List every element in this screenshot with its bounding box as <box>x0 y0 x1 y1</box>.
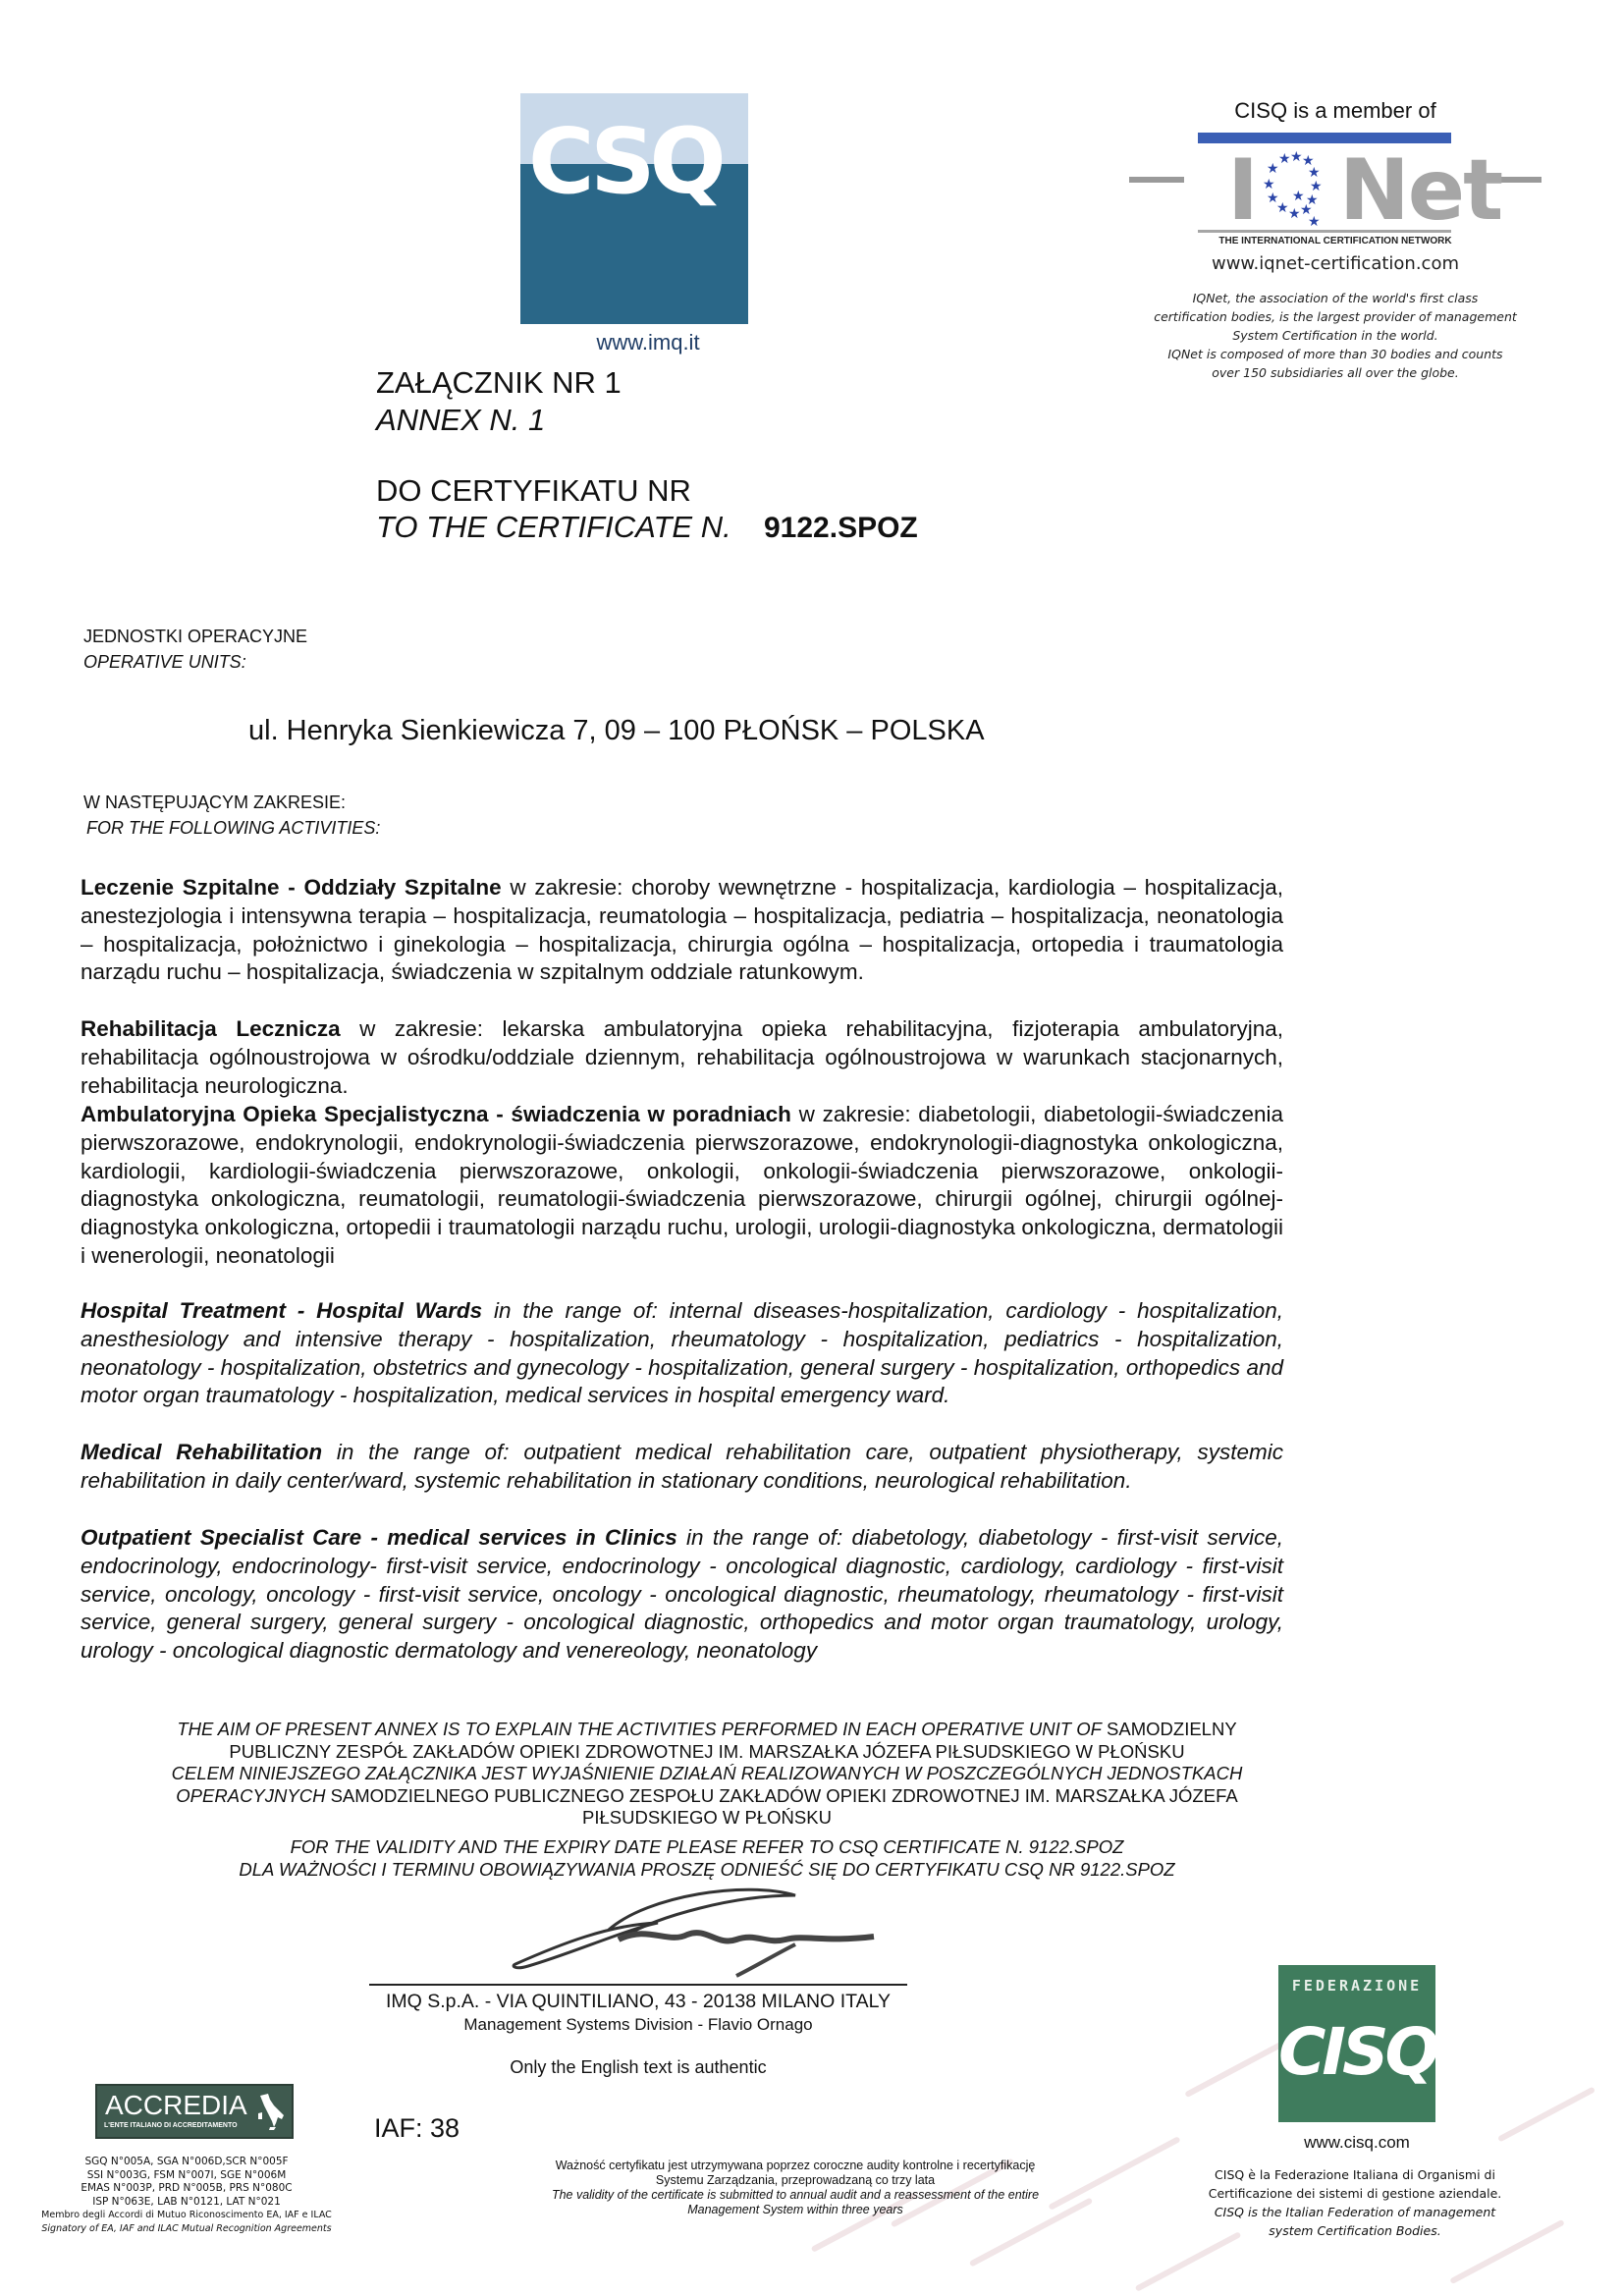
iqnet-url[interactable]: www.iqnet-certification.com <box>1129 253 1542 274</box>
cisq-desc-it: CISQ è la Federazione Italiana di Organi… <box>1178 2165 1532 2184</box>
activity-title: Rehabilitacja Lecznicza <box>81 1016 341 1041</box>
cisq-description: CISQ è la Federazione Italiana di Organi… <box>1178 2165 1532 2240</box>
validity-en: FOR THE VALIDITY AND THE EXPIRY DATE PLE… <box>128 1836 1286 1859</box>
annex-title-pl: ZAŁĄCZNIK NR 1 <box>376 365 622 401</box>
iqnet-logo: I Net ★★★ ★★ ★★ ★★★ ★★★★ <box>1129 147 1542 236</box>
accredia-code-line: EMAS N°003P, PRD N°005B, PRS N°080C <box>29 2182 344 2196</box>
iaf-code: IAF: 38 <box>374 2113 460 2144</box>
iqnet-description: IQNet, the association of the world's fi… <box>1119 289 1551 382</box>
accredia-code-line: ISP N°063E, LAB N°0121, LAT N°021 <box>29 2196 344 2210</box>
activity-paragraph-en: Hospital Treatment - Hospital Wards in t… <box>81 1297 1283 1410</box>
activity-paragraph-en: Outpatient Specialist Care - medical ser… <box>81 1524 1283 1666</box>
cisq-desc-en: system Certification Bodies. <box>1178 2221 1532 2240</box>
activity-title: Hospital Treatment - Hospital Wards <box>81 1298 482 1323</box>
accredia-code-line: SGQ N°005A, SGA N°006D,SCR N°005F <box>29 2156 344 2169</box>
aim-en-text: THE AIM OF PRESENT ANNEX IS TO EXPLAIN T… <box>177 1719 1102 1739</box>
footer-validity-en: Management System within three years <box>491 2203 1100 2217</box>
eu-stars-icon: ★★★ ★★ ★★ ★★★ ★★★★ <box>1257 149 1325 228</box>
activity-title: Outpatient Specialist Care - medical ser… <box>81 1525 677 1550</box>
annex-aim-note: THE AIM OF PRESENT ANNEX IS TO EXPLAIN T… <box>128 1719 1286 1830</box>
svg-text:★: ★ <box>1276 200 1289 216</box>
iqnet-desc-line: over 150 subsidiaries all over the globe… <box>1119 363 1551 382</box>
units-label-pl: JEDNOSTKI OPERACYJNE <box>83 625 307 648</box>
authentic-note: Only the English text is authentic <box>369 2057 907 2078</box>
footer-validity-en: The validity of the certificate is submi… <box>491 2188 1100 2203</box>
certificate-label-en: TO THE CERTIFICATE N. <box>376 510 731 545</box>
cisq-desc-it: Certificazione dei sistemi di gestione a… <box>1178 2184 1532 2203</box>
iqnet-desc-line: System Certification in the world. <box>1119 326 1551 345</box>
svg-text:★: ★ <box>1267 161 1279 177</box>
accredia-logo: ACCREDIA L'ENTE ITALIANO DI ACCREDITAMEN… <box>95 2084 294 2139</box>
footer-validity-pl: Ważność certyfikatu jest utrzymywana pop… <box>491 2159 1100 2173</box>
activities-label-pl: W NASTĘPUJĄCYM ZAKRESIE: <box>83 791 346 814</box>
activity-title: Ambulatoryjna Opieka Specjalistyczna - ś… <box>81 1102 791 1126</box>
iqnet-desc-line: certification bodies, is the largest pro… <box>1119 307 1551 326</box>
iqnet-underline <box>1198 230 1451 233</box>
accredia-signatory: Signatory of EA, IAF and ILAC Mutual Rec… <box>29 2222 344 2236</box>
iqnet-member-header: CISQ is a member of <box>1129 98 1542 124</box>
activity-paragraph-en: Medical Rehabilitation in the range of: … <box>81 1439 1283 1496</box>
italy-map-icon <box>256 2092 286 2131</box>
svg-text:★: ★ <box>1308 214 1321 228</box>
activity-text: w zakresie: diabetologii, diabetologii-ś… <box>81 1102 1283 1268</box>
signature-image <box>501 1886 913 1979</box>
validity-note: FOR THE VALIDITY AND THE EXPIRY DATE PLE… <box>128 1836 1286 1881</box>
signature-line <box>369 1984 907 1986</box>
activities-label-en: FOR THE FOLLOWING ACTIVITIES: <box>86 816 380 840</box>
csq-logo-text: CSQ <box>528 117 721 207</box>
cisq-logo-text: CISQ <box>1278 2014 1435 2090</box>
accredia-name: ACCREDIA <box>105 2090 247 2121</box>
certificate-number: 9122.SPOZ <box>764 512 918 545</box>
accredia-codes: SGQ N°005A, SGA N°006D,SCR N°005F SSI N°… <box>29 2156 344 2235</box>
accredia-code-line: Membro degli Accordi di Mutuo Riconoscim… <box>29 2209 344 2222</box>
unit-address: ul. Henryka Sienkiewicza 7, 09 – 100 PŁO… <box>248 715 985 747</box>
footer-validity-pl: Systemu Zarządzania, przeprowadzaną co t… <box>491 2173 1100 2188</box>
validity-pl: DLA WAŻNOŚCI I TERMINU OBOWIĄZYWANIA PRO… <box>128 1859 1286 1882</box>
csq-logo: CSQ <box>520 93 748 324</box>
activity-title: Medical Rehabilitation <box>81 1440 322 1464</box>
cisq-url[interactable]: www.cisq.com <box>1249 2133 1465 2153</box>
footer-validity-note: Ważność certyfikatu jest utrzymywana pop… <box>491 2159 1100 2217</box>
svg-text:★: ★ <box>1290 149 1303 165</box>
cisq-logo-top: FEDERAZIONE <box>1278 1977 1435 1995</box>
imq-address: IMQ S.p.A. - VIA QUINTILIANO, 43 - 20138… <box>369 1991 907 2013</box>
activity-paragraph-pl: Ambulatoryjna Opieka Specjalistyczna - ś… <box>81 1101 1283 1271</box>
accredia-subtitle: L'ENTE ITALIANO DI ACCREDITAMENTO <box>104 2122 238 2129</box>
svg-text:★: ★ <box>1278 151 1291 167</box>
csq-url[interactable]: www.imq.it <box>550 330 746 355</box>
imq-division: Management Systems Division - Flavio Orn… <box>369 2015 907 2035</box>
activity-paragraph-pl: Leczenie Szpitalne - Oddziały Szpitalne … <box>81 874 1283 987</box>
iqnet-desc-line: IQNet, the association of the world's fi… <box>1119 289 1551 307</box>
cisq-desc-en: CISQ is the Italian Federation of manage… <box>1178 2203 1532 2221</box>
certificate-label-pl: DO CERTYFIKATU NR <box>376 473 691 509</box>
activity-paragraph-pl: Rehabilitacja Lecznicza w zakresie: leka… <box>81 1015 1283 1100</box>
iqnet-tagline: THE INTERNATIONAL CERTIFICATION NETWORK <box>1129 236 1542 246</box>
activity-title: Leczenie Szpitalne - Oddziały Szpitalne <box>81 875 502 900</box>
accredia-code-line: SSI N°003G, FSM N°007I, SGE N°006M <box>29 2169 344 2183</box>
units-label-en: OPERATIVE UNITS: <box>83 650 246 674</box>
aim-pl-organization: SAMODZIELNEGO PUBLICZNEGO ZESPOŁU ZAKŁAD… <box>325 1785 1237 1829</box>
cisq-logo: FEDERAZIONE CISQ <box>1278 1965 1435 2122</box>
svg-text:★: ★ <box>1288 206 1301 222</box>
annex-title-en: ANNEX N. 1 <box>376 403 545 438</box>
iqnet-desc-line: IQNet is composed of more than 30 bodies… <box>1119 345 1551 363</box>
